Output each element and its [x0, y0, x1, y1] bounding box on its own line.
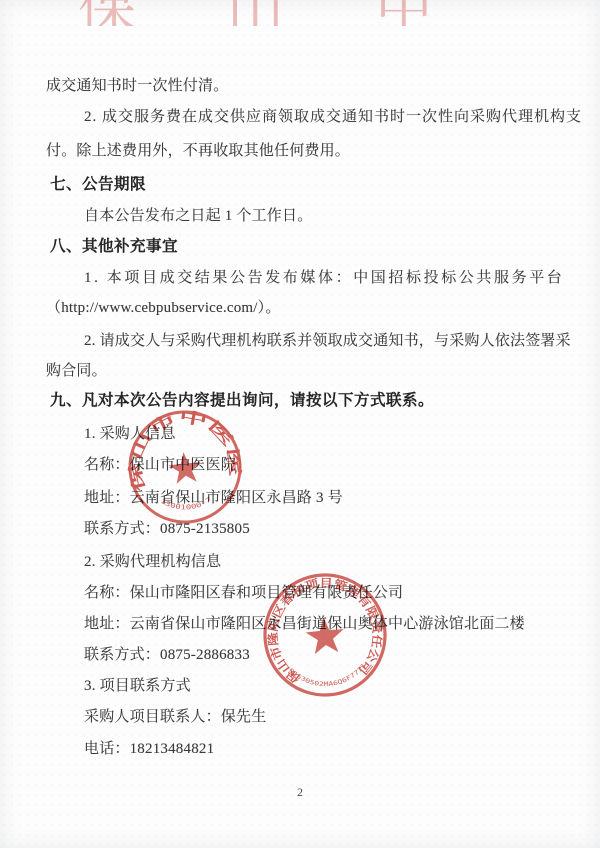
project-contact-person: 采购人项目联系人：保先生	[84, 709, 266, 726]
project-contact-title: 3. 项目联系方式	[84, 678, 191, 695]
purchaser-official-seal-stamp: 保山市中医医院 13001000-7	[125, 407, 245, 527]
project-contact-phone: 电话：18213484821	[84, 741, 214, 758]
doc-line-media-url: （http://www.cebpubservice.com/）。	[46, 300, 281, 317]
seal-code-text: 13001000-7	[158, 492, 213, 515]
seal-star-icon	[167, 450, 202, 484]
doc-line-no-other-fees: 付。除上述费用外，不再收取其他任何费用。	[46, 143, 350, 160]
doc-line-contact-agency: 2. 请成交人与采购代理机构联系并领取成交通知书，与采购人依法签署采	[84, 333, 571, 350]
svg-text:保山市中医医院: 保山市中医医院	[125, 407, 244, 495]
doc-line-publish-media: 1. 本项目成交结果公告发布媒体：中国招标投标公共服务平台	[84, 270, 564, 287]
agency-info-title: 2. 采购代理机构信息	[84, 554, 221, 571]
seal-ring-text: 保山市中医医院	[125, 407, 244, 495]
section-8-heading: 八、其他补充事宜	[50, 238, 178, 256]
doc-line-payment-clear: 成交通知书时一次性付清。	[46, 78, 228, 95]
svg-text:13001000-7: 13001000-7	[158, 492, 213, 515]
agency-official-seal-stamp: 保山市隆阳区春和项目管理有限责任公司 91530502MA6Q6F7771	[260, 570, 390, 700]
doc-line-contract: 购合同。	[46, 363, 107, 380]
section-7-heading: 七、公告期限	[50, 176, 146, 194]
doc-line-announcement-period: 自本公告发布之日起 1 个工作日。	[84, 208, 312, 225]
round-seal-icon: 保山市隆阳区春和项目管理有限责任公司 91530502MA6Q6F7771	[260, 570, 390, 700]
top-stamp-fragment-text: 保 山 中 医	[78, 0, 438, 26]
doc-line-service-fee: 2. 成交服务费在成交供应商领取成交通知书时一次性向采购代理机构支	[84, 109, 582, 126]
page-number: 2	[0, 785, 600, 800]
seal-star-icon	[305, 615, 346, 654]
document-page: 保 山 中 医 成交通知书时一次性付清。 2. 成交服务费在成交供应商领取成交通…	[0, 0, 600, 848]
round-seal-icon: 保山市中医医院 13001000-7	[125, 407, 245, 527]
agency-phone: 联系方式：0875-2886833	[84, 647, 250, 664]
top-stamp-fragment: 保 山 中 医	[78, 0, 438, 26]
